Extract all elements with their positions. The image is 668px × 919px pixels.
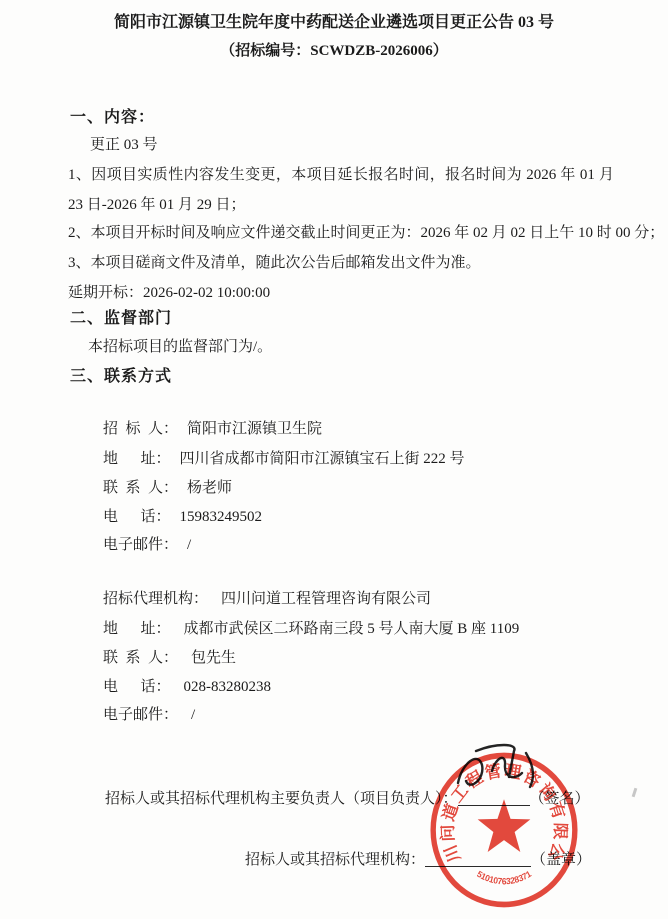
- scan-artifact: [331, 853, 335, 858]
- seal-number: 5101076328371: [475, 869, 533, 887]
- company-seal: 四川问道工程管理咨询有限公司 5101076328371: [427, 749, 581, 911]
- section2-heading: 二、监督部门: [70, 308, 172, 330]
- agency-email-row: 电子邮件：/: [88, 682, 195, 748]
- seal-company-name: 四川问道工程管理咨询有限公司: [427, 749, 570, 865]
- field-label: 电子邮件：: [103, 537, 178, 553]
- principal-signature-label: 招标人或其招标代理机构主要负责人（项目负责人）：: [105, 791, 458, 807]
- field-value: 028-83280238: [184, 679, 272, 695]
- postponed-opening-time: 延期开标：2026-02-02 10:00:00: [68, 282, 270, 304]
- field-value: /: [191, 707, 195, 723]
- document-title: 简阳市江源镇卫生院年度中药配送企业遴选项目更正公告 03 号: [0, 12, 668, 34]
- notice-item-3: 3、本项目磋商文件及清单，随此次公告后邮箱发出文件为准。: [68, 252, 481, 274]
- document-page: 简阳市江源镇卫生院年度中药配送企业遴选项目更正公告 03 号 （招标编号：SCW…: [0, 0, 668, 919]
- section1-heading: 一、内容：: [70, 107, 155, 129]
- seal-star-icon: [478, 799, 531, 852]
- notice-item-1: 1、因项目实质性内容发生变更，本项目延长报名时间，报名时间为 2026 年 01…: [68, 160, 614, 220]
- notice-item-2: 2、本项目开标时间及响应文件递交截止时间更正为：2026 年 02 月 02 日…: [68, 222, 664, 244]
- svg-text:5101076328371: 5101076328371: [475, 869, 533, 887]
- agency-stamp-label: 招标人或其招标代理机构：: [245, 852, 425, 868]
- supervision-text: 本招标项目的监督部门为/。: [88, 336, 272, 358]
- field-label: 电子邮件：: [103, 707, 178, 723]
- svg-text:四川问道工程管理咨询有限公司: 四川问道工程管理咨询有限公司: [427, 749, 570, 865]
- scan-artifact: [632, 788, 638, 797]
- section3-heading: 三、联系方式: [70, 366, 172, 388]
- tender-number: （招标编号：SCWDZB-2026006）: [0, 41, 668, 61]
- field-value: 15983249502: [180, 509, 263, 525]
- correction-number: 更正 03 号: [90, 134, 158, 156]
- field-value: /: [187, 537, 191, 553]
